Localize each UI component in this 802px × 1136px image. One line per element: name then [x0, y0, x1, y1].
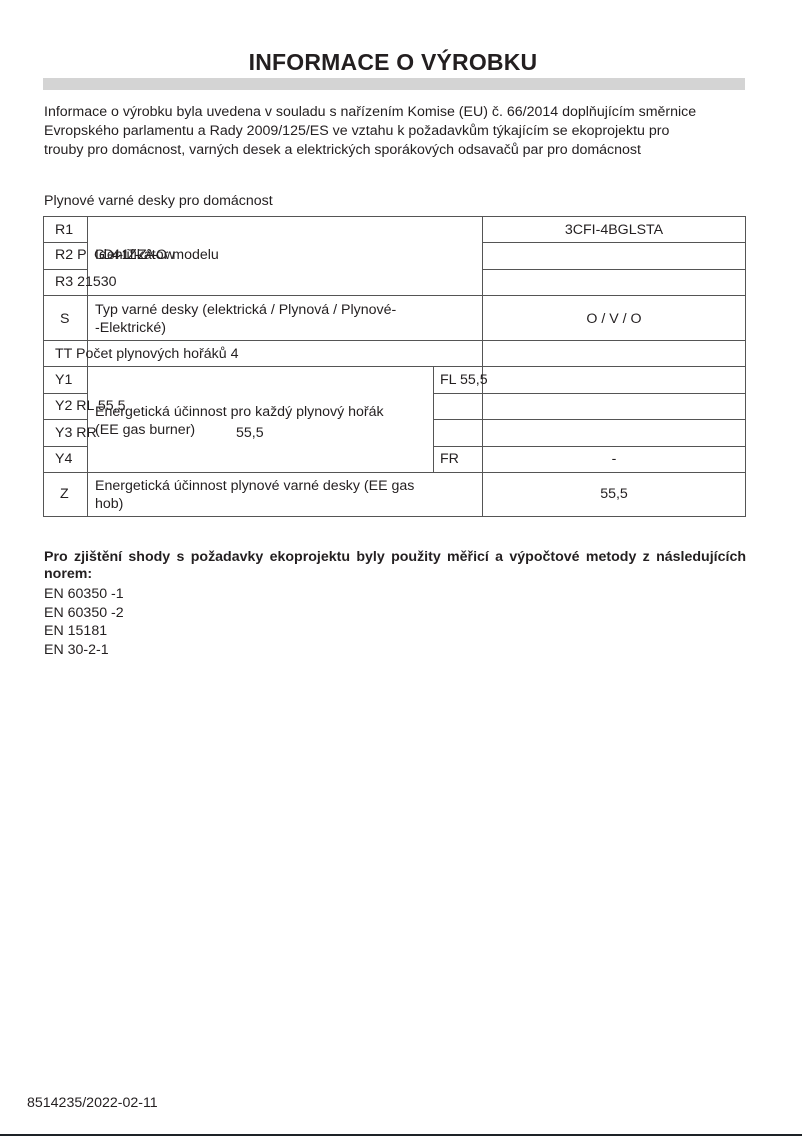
table-divider: [433, 366, 434, 472]
table-divider: [433, 393, 745, 394]
hob-efficiency-label: Energetická účinnost plynové varné desky…: [95, 477, 414, 513]
table-divider: [43, 269, 87, 270]
row-code-r1: R1: [55, 222, 73, 238]
table-divider: [433, 446, 745, 447]
table-divider: [43, 366, 745, 367]
document-footer-id: 8514235/2022-02-11: [27, 1095, 158, 1111]
burner-position-fr: FR: [440, 451, 459, 467]
hob-type-value: O / V / O: [483, 311, 745, 327]
table-divider: [43, 446, 87, 447]
conformity-statement: Pro zjištění shody s požadavky ekoprojek…: [44, 549, 746, 583]
hob-type-label-line: -Elektrické): [95, 319, 396, 337]
table-divider: [482, 269, 745, 270]
table-divider: [43, 393, 87, 394]
norms-list: EN 60350 -1 EN 60350 -2 EN 15181 EN 30-2…: [44, 585, 124, 659]
table-divider: [43, 242, 87, 243]
row-code-r3: R3 21530: [55, 274, 117, 290]
model-value: 3CFI-4BGLSTA: [483, 222, 745, 238]
table-divider: [482, 216, 483, 516]
row-code-z: Z: [60, 486, 69, 502]
hob-efficiency-label-line: hob): [95, 495, 414, 513]
row-code-y1: Y1: [55, 372, 72, 388]
intro-line: Informace o výrobku byla uvedena v soula…: [44, 103, 696, 122]
norm-item: EN 30-2-1: [44, 641, 124, 660]
burner-fr-value: -: [483, 451, 745, 467]
norm-item: EN 15181: [44, 622, 124, 641]
burner-position-fl: FL 55,5: [440, 372, 488, 388]
table-divider: [433, 419, 745, 420]
row-code-s: S: [60, 311, 69, 327]
row-code-r2: R2 P: [55, 247, 87, 263]
title-underline-bar: [43, 78, 745, 90]
table-border: [745, 216, 746, 517]
table-divider: [482, 242, 745, 243]
norm-item: EN 60350 -1: [44, 585, 124, 604]
model-identifier-overlay: GD4-1Z-ZA-Cw: [94, 247, 173, 263]
burner-count-row: TT Počet plynových hořáků 4: [55, 346, 238, 362]
table-divider: [43, 419, 87, 420]
burner-efficiency-value: 55,5: [236, 425, 264, 441]
table-divider: [87, 216, 88, 516]
intro-line: Evropského parlamentu a Rady 2009/125/ES…: [44, 122, 696, 141]
row-code-y3: Y3 RR: [55, 425, 97, 441]
page-title: INFORMACE O VÝROBKU: [0, 49, 786, 76]
table-divider: [43, 340, 745, 341]
hob-type-label-line: Typ varné desky (elektrická / Plynová / …: [95, 301, 396, 319]
hob-efficiency-value: 55,5: [483, 486, 745, 502]
norm-item: EN 60350 -2: [44, 604, 124, 623]
product-info-table: R1 3CFI-4BGLSTA R2 P Identifikátor model…: [43, 216, 745, 516]
hob-efficiency-label-line: Energetická účinnost plynové varné desky…: [95, 477, 414, 495]
table-divider: [43, 472, 745, 473]
row-code-y4: Y4: [55, 451, 72, 467]
burner-efficiency-label-line: Energetická účinnost pro každý plynový h…: [95, 403, 384, 421]
intro-line: trouby pro domácnost, varných desek a el…: [44, 141, 696, 160]
section-title: Plynové varné desky pro domácnost: [44, 193, 273, 209]
table-border: [43, 216, 44, 516]
hob-type-label: Typ varné desky (elektrická / Plynová / …: [95, 301, 396, 337]
table-border: [43, 516, 746, 517]
table-border: [43, 216, 745, 217]
table-divider: [43, 295, 745, 296]
intro-paragraph: Informace o výrobku byla uvedena v soula…: [44, 103, 696, 160]
